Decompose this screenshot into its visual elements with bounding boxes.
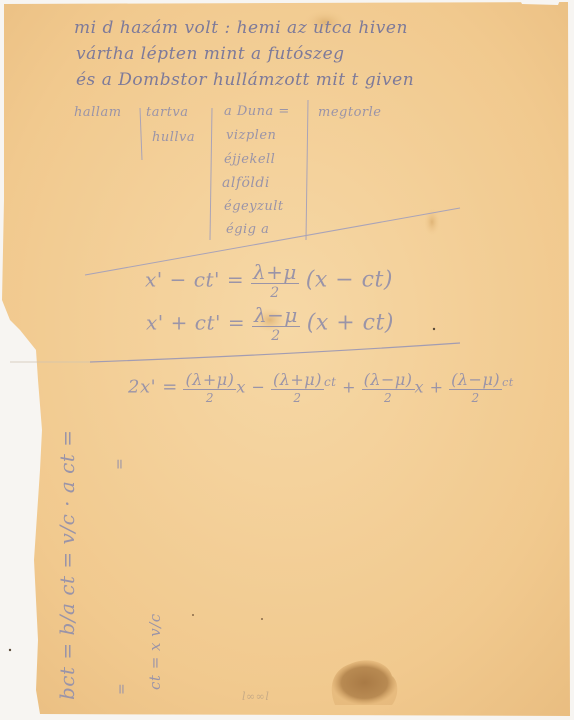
- eq1-rhs: (x − ct): [306, 268, 393, 293]
- eq3-term1-var: x: [236, 378, 246, 397]
- rotated-equals-bottom: =: [114, 683, 130, 695]
- equation-2: x' + ct' = λ−μ2 (x + ct): [146, 305, 394, 343]
- eq3-op3: +: [430, 378, 444, 397]
- eq3-op2: +: [342, 378, 356, 397]
- equation-1: x' − ct' = λ+μ2 (x − ct): [145, 262, 393, 300]
- eq1-fraction: λ+μ2: [251, 262, 299, 300]
- table-col3-item: éjjekell: [224, 152, 275, 167]
- table-col4: megtorle: [318, 105, 381, 120]
- manuscript-page: mi d hazám volt : hemi az utca hiven vár…: [0, 0, 574, 720]
- table-col3-item: a Duna =: [224, 104, 290, 119]
- text-line-3: és a Dombstor hullámzott mit t given: [76, 70, 414, 90]
- eq3-op1: −: [252, 378, 266, 397]
- eq3-term4-var: ct: [502, 376, 514, 389]
- faint-bottom-mark: l∞∞l: [242, 690, 269, 703]
- table-col3-item: égeyzult: [224, 199, 284, 214]
- eq3-term4-fraction: (λ−μ)2: [449, 372, 502, 404]
- eq3-term1-fraction: (λ+μ)2: [183, 372, 236, 404]
- equation-3: 2x' = (λ+μ)2x − (λ+μ)2ct + (λ−μ)2x + (λ−…: [128, 372, 514, 404]
- eq3-term2-fraction: (λ+μ)2: [271, 372, 324, 404]
- table-col1: hallam: [74, 105, 122, 120]
- rotated-note-main: bct = b/a ct = v/c · a ct =: [55, 430, 79, 701]
- eq2-rhs: (x + ct): [307, 311, 394, 336]
- eq2-lhs: x' + ct' =: [146, 311, 245, 335]
- eq3-lhs: 2x' =: [128, 377, 178, 398]
- eq2-fraction: λ−μ2: [252, 305, 300, 343]
- table-col3-item: alföldi: [222, 175, 270, 191]
- text-line-2: vártha lépten mint a futószeg: [76, 44, 345, 64]
- eq3-term3-fraction: (λ−μ)2: [362, 372, 415, 404]
- text-line-1: mi d hazám volt : hemi az utca hiven: [74, 18, 408, 38]
- rotated-note-second: ct = x v/c: [146, 613, 164, 690]
- eq3-term2-var: ct: [324, 375, 337, 389]
- table-col3-item: égig a: [226, 222, 269, 237]
- eq1-lhs: x' − ct' =: [145, 268, 244, 292]
- eq3-term3-var: x: [415, 378, 425, 397]
- table-col3-item: vizplen: [226, 128, 276, 143]
- table-col2-line1: tartva: [146, 105, 189, 120]
- table-col2-line2: hullva: [152, 130, 195, 145]
- rotated-equals-mark: =: [112, 458, 128, 470]
